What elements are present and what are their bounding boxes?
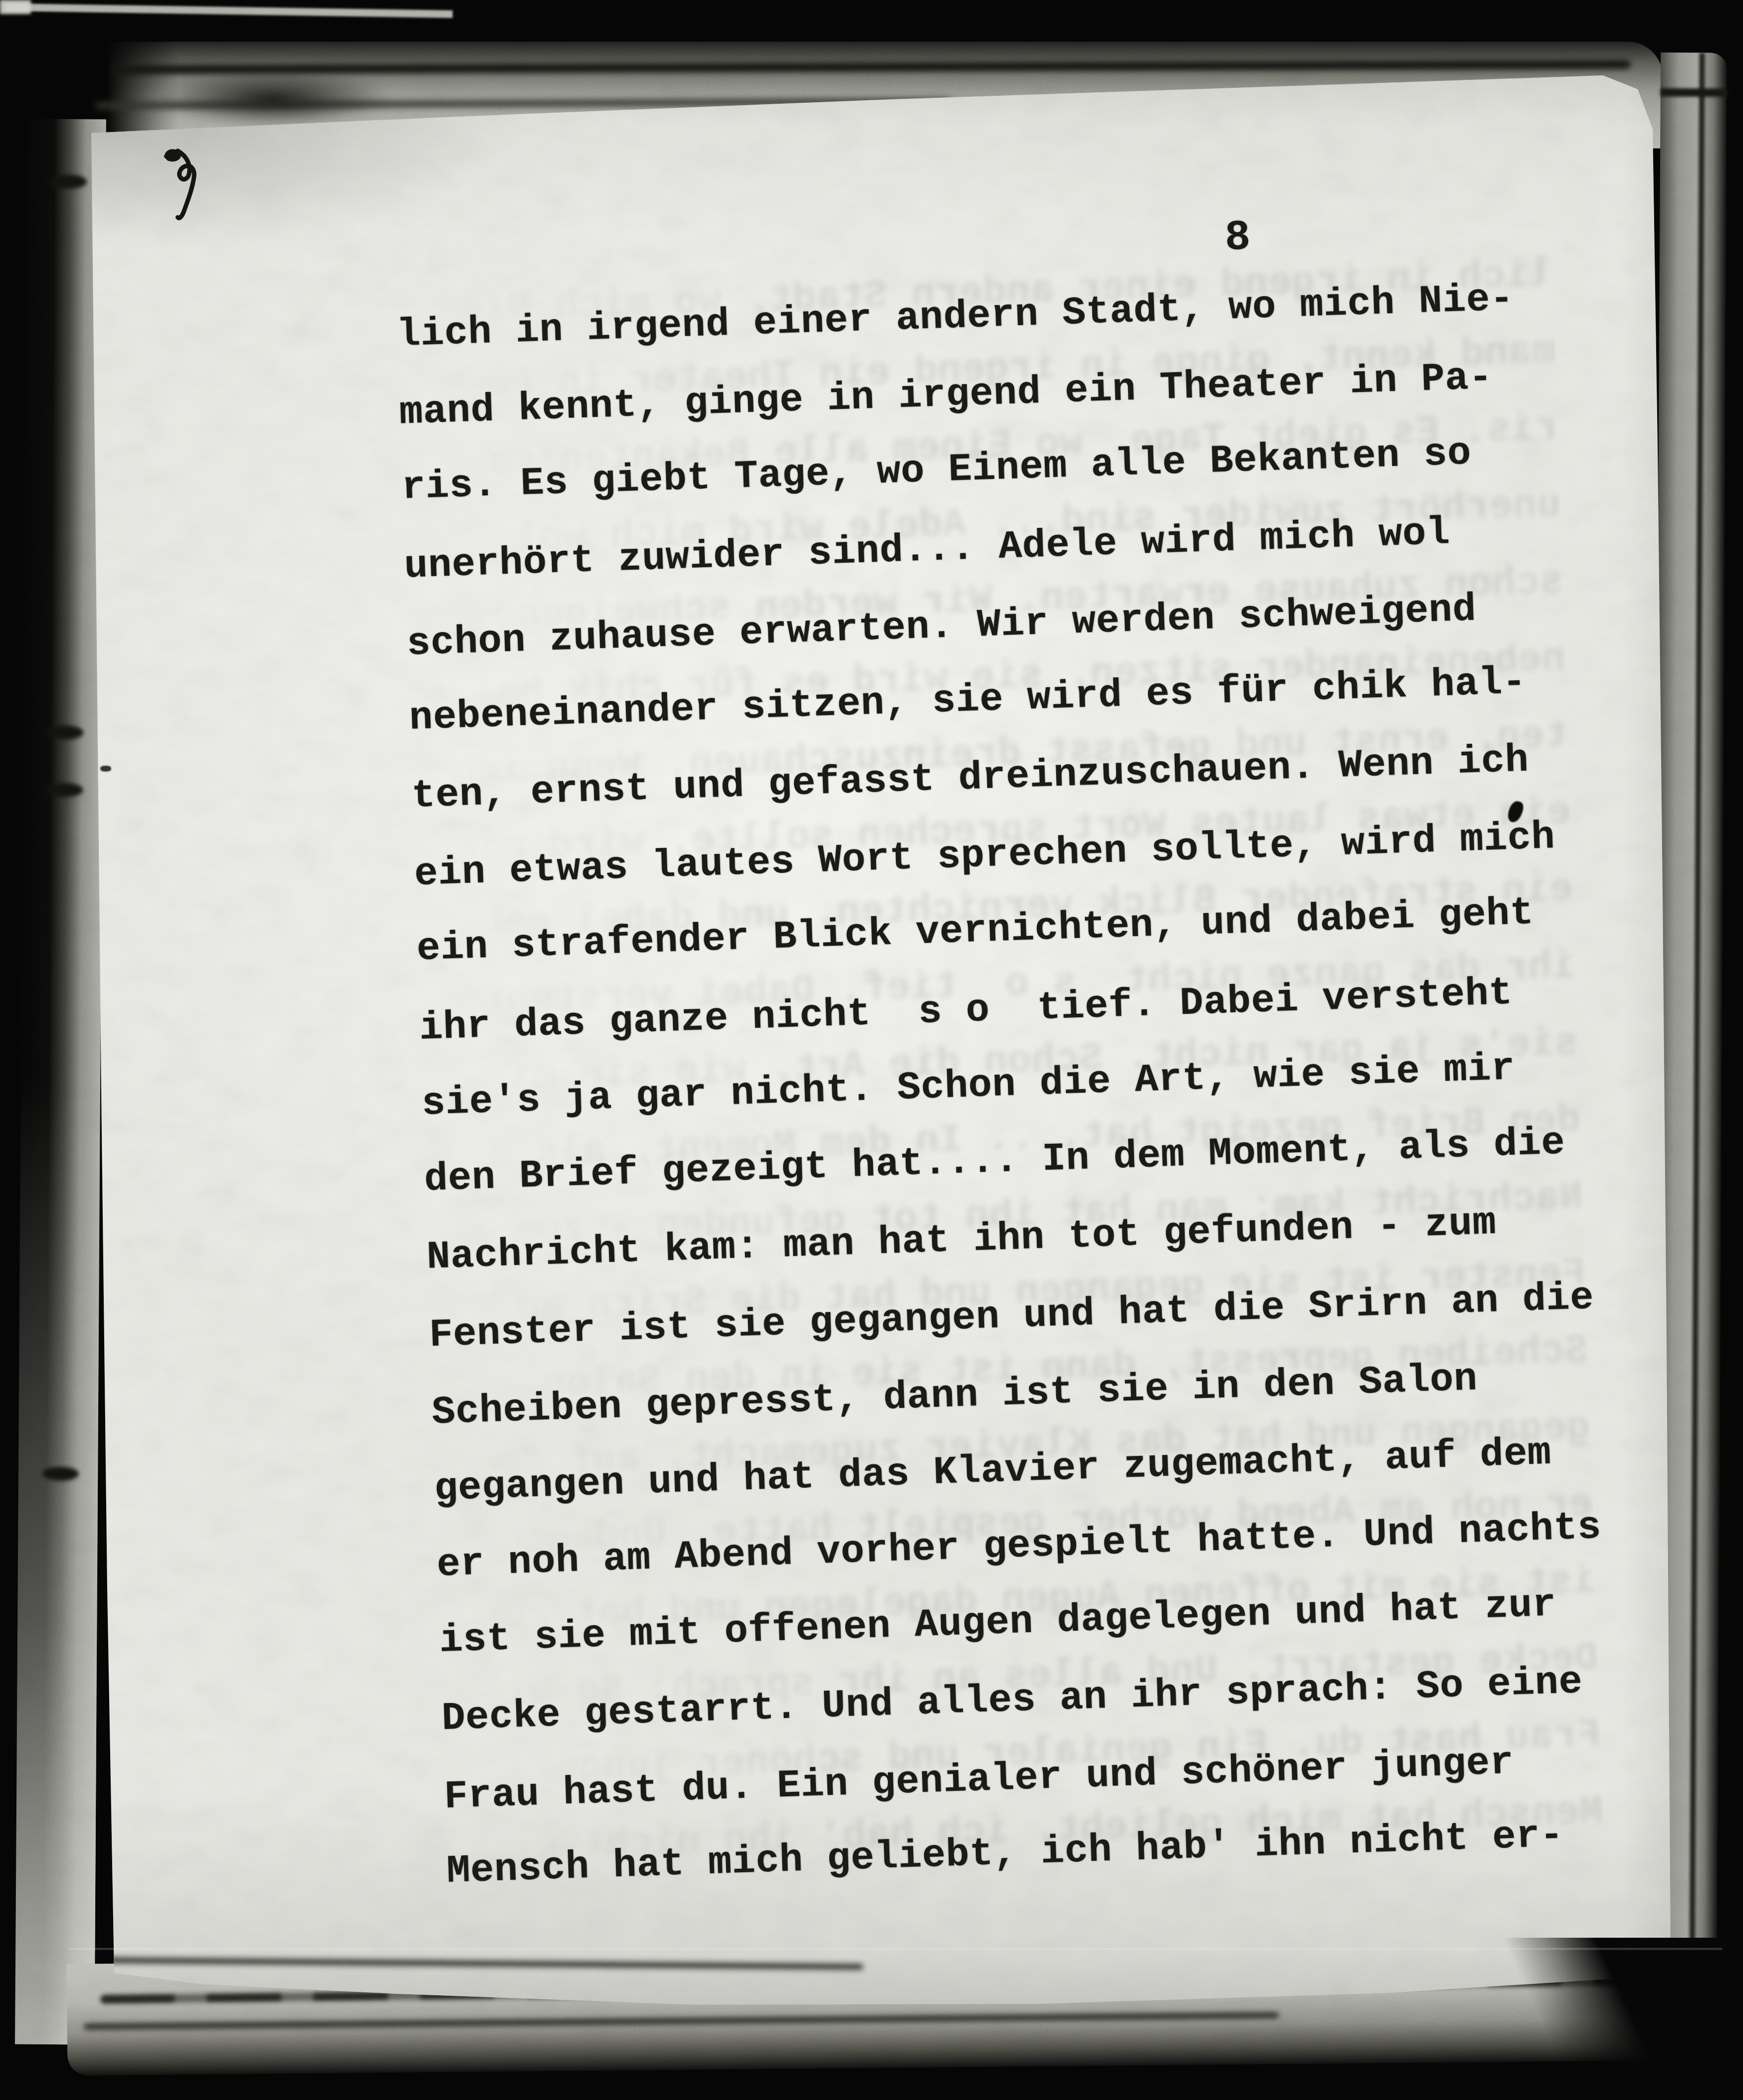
- handwritten-mark-icon: [158, 145, 212, 224]
- typed-text: lich in irgend einer andern Stadt, wo mi…: [396, 257, 1668, 1911]
- manuscript-page: lich in irgend einer andern Stadt, wo mi…: [0, 0, 1743, 2100]
- bottom-crease-line: [84, 2012, 1279, 2030]
- pencil-speck: [100, 766, 111, 772]
- paper-edge-nick: [50, 175, 87, 189]
- page-bottom-crease: [109, 1957, 864, 1970]
- right-sheet-crease: [1689, 53, 1705, 1978]
- right-sheet-notch: [1661, 88, 1727, 97]
- top-shadow-blotch: [154, 69, 392, 129]
- manuscript-photo: lich in irgend einer andern Stadt, wo mi…: [0, 0, 1743, 2100]
- page-number: 8: [1224, 213, 1251, 262]
- paper-edge-nick: [42, 1467, 79, 1481]
- paper-stack-left-edge: [15, 119, 106, 2045]
- paper-edge-nick: [47, 783, 83, 797]
- film-edge-highlight: [6, 3, 453, 18]
- paper-edge-nick: [47, 725, 83, 739]
- bottom-right-shadow: [1429, 1938, 1743, 2100]
- scan-artifact-line: [69, 1948, 1722, 1950]
